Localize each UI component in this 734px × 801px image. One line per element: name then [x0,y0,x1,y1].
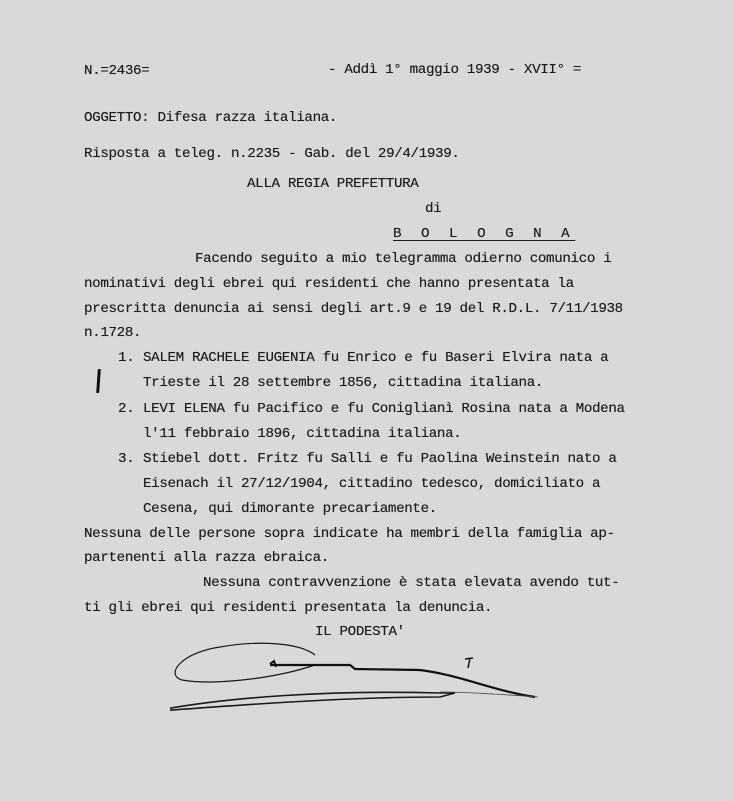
intro-line-4: n.1728. [84,324,141,342]
margin-pen-mark [96,369,101,393]
intro-line-3: prescritta denuncia ai sensi degli art.9… [84,300,623,318]
person-line: LEVI ELENA fu Pacifico e fu Coniglianì R… [143,400,625,418]
person-line: Trieste il 28 settembre 1856, cittadina … [143,374,543,392]
person-line: Cesena, qui dimorante precariamente. [143,500,437,518]
person-line: l'11 febbraio 1896, cittadina italiana. [143,425,461,443]
addressee-line2: di [425,200,441,218]
date-line: - Addì 1° maggio 1939 - XVII° = [328,61,581,79]
subject-line: OGGETTO: Difesa razza italiana. [84,109,337,127]
person-number: 1. [118,349,134,367]
closing-line-2: ti gli ebrei qui residenti presentata la… [84,599,492,617]
closing-line-1: Nessuna contravvenzione è stata elevata … [203,574,619,592]
protocol-number: N.=2436= [84,62,149,80]
handwritten-signature-icon [170,635,550,715]
intro-line-2: nominativi degli ebrei qui residenti che… [84,275,574,293]
addressee-city: B O L O G N A [393,225,575,243]
person-line: Eisenach il 27/12/1904, cittadino tedesc… [143,475,600,493]
person-line: Stiebel dott. Fritz fu Salli e fu Paolin… [143,450,617,468]
intro-line-1: Facendo seguito a mio telegramma odierno… [195,250,611,268]
family-note-line-2: partenenti alla razza ebraica. [84,549,329,567]
reply-reference: Risposta a teleg. n.2235 - Gab. del 29/4… [84,145,460,163]
person-line: SALEM RACHELE EUGENIA fu Enrico e fu Bas… [143,349,608,367]
addressee-line1: ALLA REGIA PREFETTURA [247,175,418,193]
person-number: 3. [118,450,134,468]
person-number: 2. [118,400,134,418]
family-note-line-1: Nessuna delle persone sopra indicate ha … [84,525,615,543]
scanned-letter-page: N.=2436= - Addì 1° maggio 1939 - XVII° =… [0,0,734,801]
